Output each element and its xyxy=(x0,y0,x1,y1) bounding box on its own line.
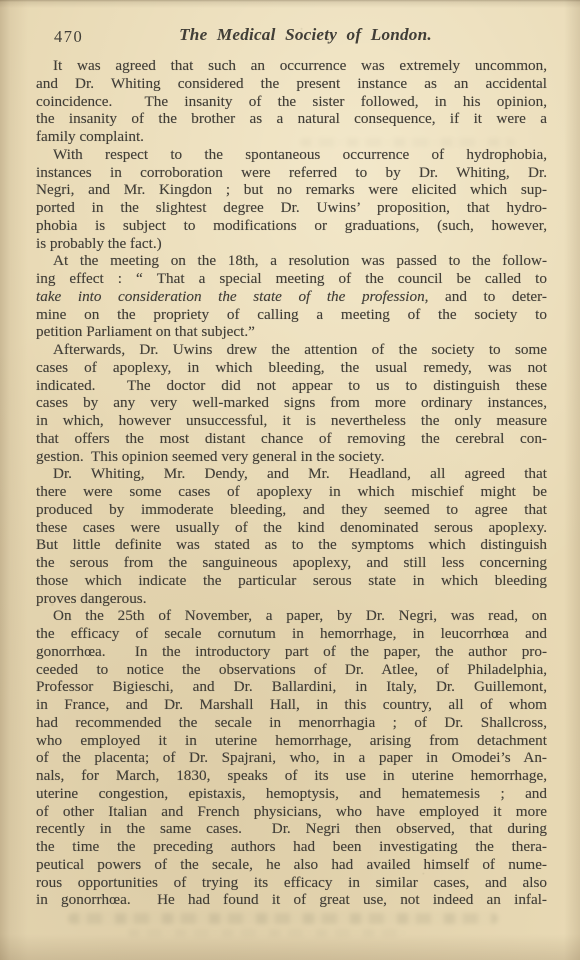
text-line: those which indicate the particular sero… xyxy=(36,572,547,590)
text-run: there were some cases of apoplexy in whi… xyxy=(36,483,547,500)
text-line: who employed it in uterine hemorrhage, a… xyxy=(36,732,547,750)
text-run: in which, however unsuccessful, it is ne… xyxy=(36,412,547,429)
text-line: mine on the propriety of calling a meeti… xyxy=(36,306,547,324)
text-line: and Dr. Whiting considered the present i… xyxy=(36,75,547,93)
text-run: is probably the fact.) xyxy=(36,235,162,252)
text-line: the insanity of the brother as a natural… xyxy=(36,110,547,128)
text-line: indicated. The doctor did not appear to … xyxy=(36,377,547,395)
text-line: of the placenta; of Dr. Spajrani, who, i… xyxy=(36,749,547,767)
text-line: Negri, and Mr. Kingdon ; but no remarks … xyxy=(36,181,547,199)
page-body: It was agreed that such an occurrence wa… xyxy=(36,57,547,909)
text-run: gonorrhœa. In the introductory part of t… xyxy=(36,643,547,660)
text-run: ing effect : “ That a special meeting of… xyxy=(36,270,547,287)
text-run: On the 25th of November, a paper, by Dr.… xyxy=(53,607,547,624)
text-line: take into consideration the state of the… xyxy=(36,288,547,306)
text-line: rous opportunities of trying its efficac… xyxy=(36,874,547,892)
text-line: It was agreed that such an occurrence wa… xyxy=(36,57,547,75)
text-run: family complaint. xyxy=(36,128,144,145)
running-title: The Medical Society of London. xyxy=(50,25,561,45)
text-run: With respect to the spontaneous occurren… xyxy=(53,146,547,163)
text-line: is probably the fact.) xyxy=(36,235,547,253)
text-run: these cases were usually of the kind den… xyxy=(36,519,547,536)
text-run: mine on the propriety of calling a meeti… xyxy=(36,306,547,323)
text-run: petition Parliament on that subject.” xyxy=(36,323,255,340)
text-line: recently in the same cases. Dr. Negri th… xyxy=(36,820,547,838)
text-run: Dr. Whiting, Mr. Dendy, and Mr. Headland… xyxy=(53,465,547,482)
text-run: uterine congestion, epistaxis, hemoptysi… xyxy=(36,785,547,802)
text-run: and to deter- xyxy=(428,288,547,305)
text-line: Dr. Whiting, Mr. Dendy, and Mr. Headland… xyxy=(36,465,547,483)
text-line: coincidence. The insanity of the sister … xyxy=(36,93,547,111)
text-line: cases by any very well-marked signs from… xyxy=(36,394,547,412)
show-through-smudge xyxy=(68,913,498,924)
text-line: petition Parliament on that subject.” xyxy=(36,323,547,341)
text-line: there were some cases of apoplexy in whi… xyxy=(36,483,547,501)
text-line: proves dangerous. xyxy=(36,590,547,608)
text-line: the time the preceding authors had been … xyxy=(36,838,547,856)
text-run: It was agreed that such an occurrence wa… xyxy=(53,57,547,74)
text-line: gestion. This opinion seemed very genera… xyxy=(36,448,547,466)
text-line: gonorrhœa. In the introductory part of t… xyxy=(36,643,547,661)
text-run: instances in corroboration were referred… xyxy=(36,164,547,181)
text-line: had recommended the secale in menorrhagi… xyxy=(36,714,547,732)
text-line: Afterwards, Dr. Uwins drew the attention… xyxy=(36,341,547,359)
text-run: that offers the most distant chance of r… xyxy=(36,430,547,447)
text-run: who employed it in uterine hemorrhage, a… xyxy=(36,732,547,749)
text-run: had recommended the secale in menorrhagi… xyxy=(36,714,547,731)
text-run: those which indicate the particular sero… xyxy=(36,572,547,589)
text-run: rous opportunities of trying its efficac… xyxy=(36,874,547,891)
text-run: proves dangerous. xyxy=(36,590,147,607)
text-line: produced by immoderate bleeding, and the… xyxy=(36,501,547,519)
text-line: Professor Bigieschi, and Dr. Ballardini,… xyxy=(36,678,547,696)
text-line: the serous from the sanguineous apoplexy… xyxy=(36,554,547,572)
text-line: uterine congestion, epistaxis, hemoptysi… xyxy=(36,785,547,803)
text-run: cases of apoplexy, in which bleeding, th… xyxy=(36,359,547,376)
text-line: in France, and Dr. Marshall Hall, in thi… xyxy=(36,696,547,714)
text-run: take into consideration the state of the… xyxy=(36,288,428,305)
text-line: instances in corroboration were referred… xyxy=(36,164,547,182)
text-run: Professor Bigieschi, and Dr. Ballardini,… xyxy=(36,678,547,695)
text-run: nals, for March, 1830, speaks of its use… xyxy=(36,767,547,784)
text-line: these cases were usually of the kind den… xyxy=(36,519,547,537)
text-line: With respect to the spontaneous occurren… xyxy=(36,146,547,164)
text-run: in France, and Dr. Marshall Hall, in thi… xyxy=(36,696,547,713)
text-line: in gonorrhœa. He had found it of great u… xyxy=(36,891,547,909)
text-run: indicated. The doctor did not appear to … xyxy=(36,377,547,394)
page-header: 470 The Medical Society of London. xyxy=(36,25,547,47)
text-line: in which, however unsuccessful, it is ne… xyxy=(36,412,547,430)
text-line: At the meeting on the 18th, a resolution… xyxy=(36,252,547,270)
text-run: of other Italian and French physicians, … xyxy=(36,803,547,820)
text-line: family complaint. xyxy=(36,128,547,146)
text-run: At the meeting on the 18th, a resolution… xyxy=(53,252,547,269)
text-run: produced by immoderate bleeding, and the… xyxy=(36,501,547,518)
text-line: phobia is subject to modifications or gr… xyxy=(36,217,547,235)
text-line: ported in the slightest degree Dr. Uwins… xyxy=(36,199,547,217)
text-line: that offers the most distant chance of r… xyxy=(36,430,547,448)
text-run: in gonorrhœa. He had found it of great u… xyxy=(36,891,547,908)
show-through-smudge xyxy=(128,929,408,937)
text-run: the time the preceding authors had been … xyxy=(36,838,547,855)
text-run: Negri, and Mr. Kingdon ; but no remarks … xyxy=(36,181,547,198)
text-run: peutical powers of the secale, he also h… xyxy=(36,856,547,873)
text-run: ceeded to notice the observations of Dr.… xyxy=(36,661,547,678)
text-run: Afterwards, Dr. Uwins drew the attention… xyxy=(53,341,547,358)
text-line: ceeded to notice the observations of Dr.… xyxy=(36,661,547,679)
text-run: the insanity of the brother as a natural… xyxy=(36,110,547,127)
text-run: of the placenta; of Dr. Spajrani, who, i… xyxy=(36,749,547,766)
text-run: and Dr. Whiting considered the present i… xyxy=(36,75,547,92)
text-line: ing effect : “ That a special meeting of… xyxy=(36,270,547,288)
text-line: nals, for March, 1830, speaks of its use… xyxy=(36,767,547,785)
text-line: cases of apoplexy, in which bleeding, th… xyxy=(36,359,547,377)
text-run: the serous from the sanguineous apoplexy… xyxy=(36,554,547,571)
text-line: peutical powers of the secale, he also h… xyxy=(36,856,547,874)
text-run: But little definite was stated as to the… xyxy=(36,536,547,553)
text-run: gestion. This opinion seemed very genera… xyxy=(36,448,384,465)
text-run: ported in the slightest degree Dr. Uwins… xyxy=(36,199,547,216)
text-run: cases by any very well-marked signs from… xyxy=(36,394,547,411)
text-run: recently in the same cases. Dr. Negri th… xyxy=(36,820,547,837)
text-line: of other Italian and French physicians, … xyxy=(36,803,547,821)
text-line: On the 25th of November, a paper, by Dr.… xyxy=(36,607,547,625)
scanned-page: 470 The Medical Society of London. It wa… xyxy=(0,0,580,960)
text-line: But little definite was stated as to the… xyxy=(36,536,547,554)
text-run: the efficacy of secale cornutum in hemor… xyxy=(36,625,547,642)
text-line: the efficacy of secale cornutum in hemor… xyxy=(36,625,547,643)
text-run: coincidence. The insanity of the sister … xyxy=(36,93,547,110)
text-run: phobia is subject to modifications or gr… xyxy=(36,217,547,234)
